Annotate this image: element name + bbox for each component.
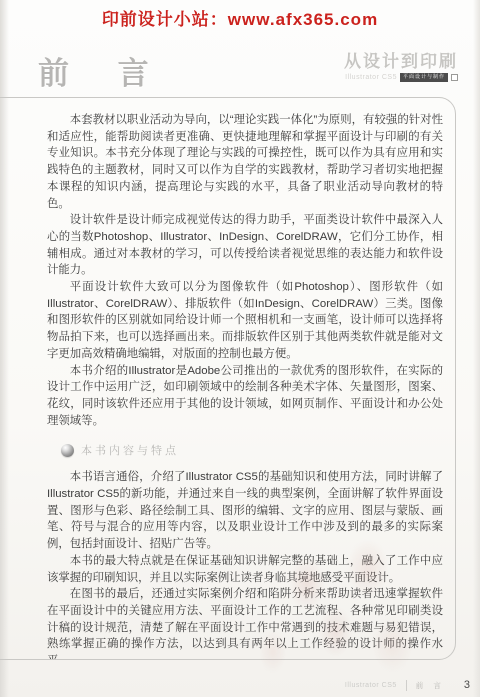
body-paragraph: 本书语言通俗，介绍了Illustrator CS5的基础知识和使用方法，同时讲解… <box>47 469 443 553</box>
page-title: 前 言 <box>38 48 169 93</box>
sphere-icon <box>61 444 74 457</box>
series-square-icon <box>451 74 458 81</box>
footer-chapter-label: 前 言 <box>416 680 445 691</box>
footer-book-label: Illustrator CS5 <box>345 682 397 689</box>
body-paragraph: 本书介绍的Illustrator是Adobe公司推出的一款优秀的图形软件，在实际… <box>47 363 443 430</box>
series-subtitle: Illustrator CS5 <box>345 74 397 81</box>
footer-divider <box>406 680 407 691</box>
page-number: 3 <box>464 679 470 691</box>
preface-content-box: 本套教材以职业活动为导向，以“理论实践一体化”为原则，有较强的针对性和适应性，能… <box>0 97 456 660</box>
page-footer: Illustrator CS5 前 言 3 <box>345 679 470 691</box>
section-title: 本书内容与特点 <box>81 442 179 458</box>
body-paragraph: 本书的最大特点就是在保证基础知识讲解完整的基础上，融入了工作中应该掌握的印刷知识… <box>47 553 443 586</box>
series-header: 从设计到印刷 Illustrator CS5 平面设计与制作 <box>344 53 458 82</box>
section-header: 本书内容与特点 <box>61 442 443 458</box>
body-paragraph: 本套教材以职业活动为导向，以“理论实践一体化”为原则，有较强的针对性和适应性，能… <box>47 112 443 212</box>
body-paragraph: 在图书的最后，还通过实际案例介绍和陷阱分析来帮助读者迅速掌握软件在平面设计中的关… <box>47 586 443 660</box>
body-paragraph: 设计软件是设计师完成视觉传达的得力助手，平面类设计软件中最深入人心的当数Phot… <box>47 212 443 279</box>
site-header-link[interactable]: 印前设计小站：www.afx365.com <box>0 5 480 30</box>
series-sub-row: Illustrator CS5 平面设计与制作 <box>344 73 458 82</box>
series-title: 从设计到印刷 <box>344 53 458 71</box>
series-badge: 平面设计与制作 <box>400 73 448 82</box>
body-paragraph: 平面设计软件大致可以分为图像软件（如Photoshop）、图形软件（如Illus… <box>47 279 443 363</box>
